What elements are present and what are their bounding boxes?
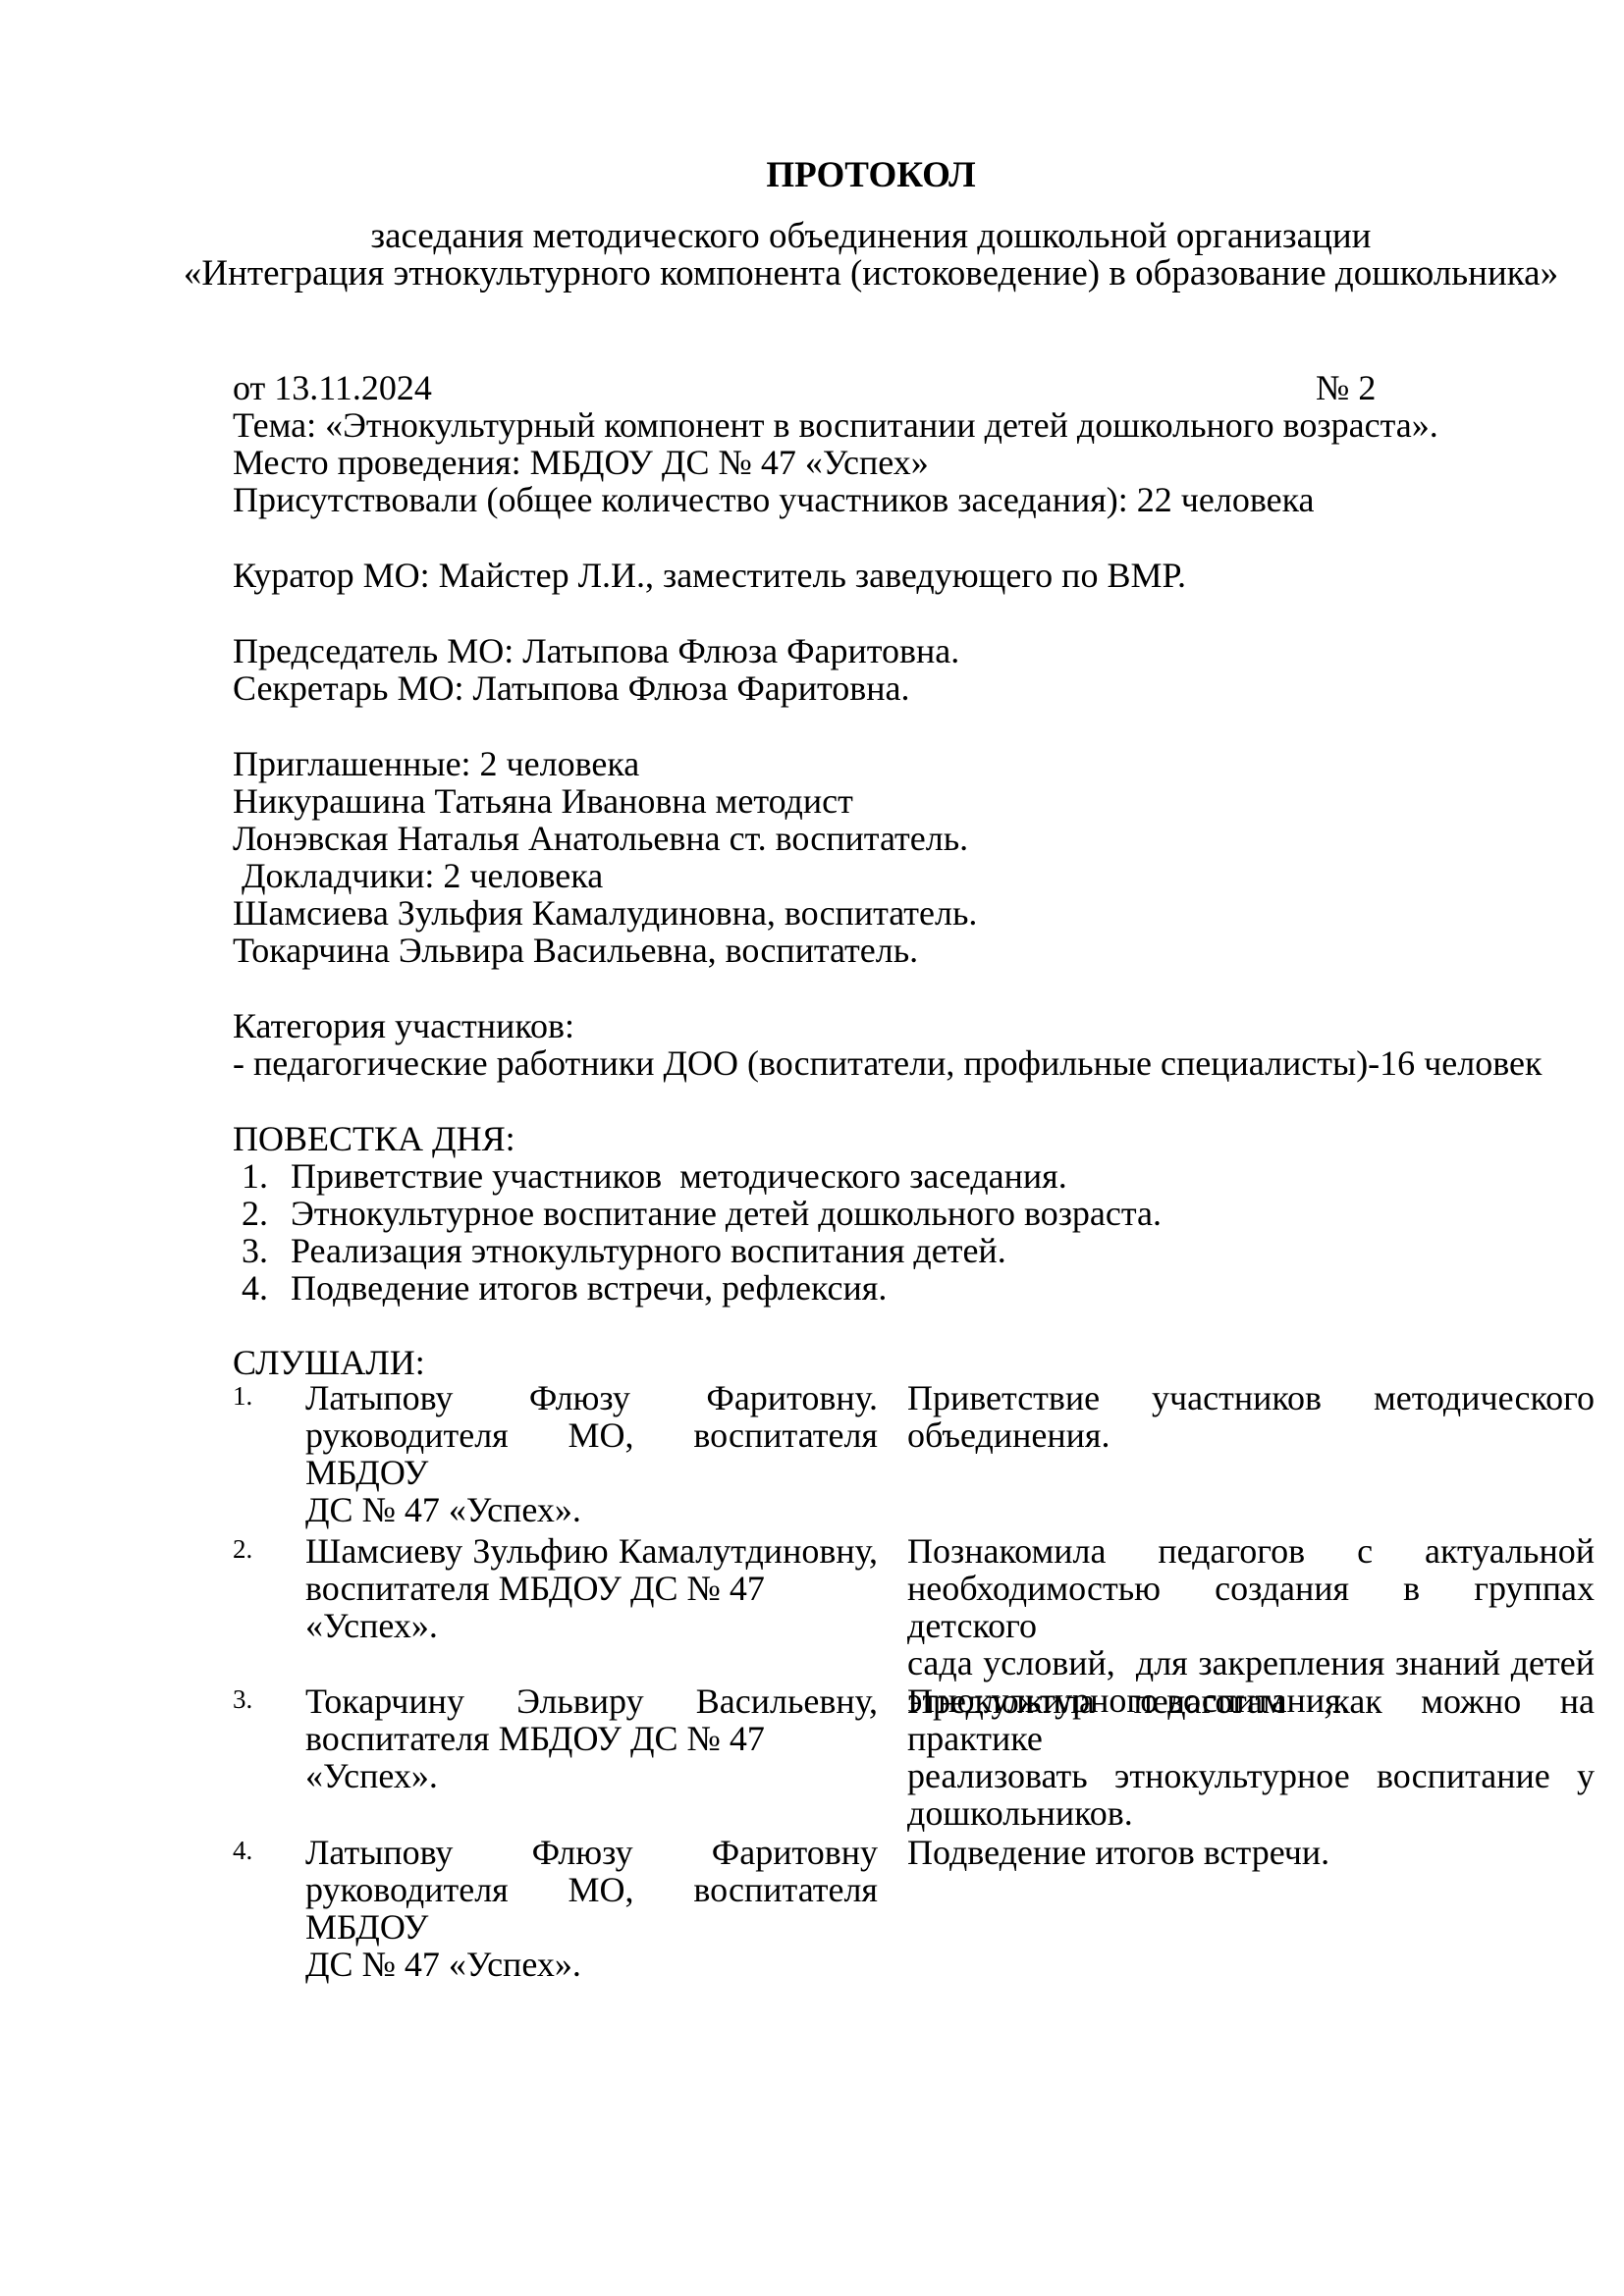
- content-line: дошкольников.: [907, 1794, 1595, 1832]
- invited-person: Лонэвская Наталья Анатольевна ст. воспит…: [233, 821, 968, 857]
- heard-item-content: Предложила педагогам ,как можно на практ…: [907, 1682, 1595, 1832]
- speaker-line: руководителя МО, воспитателя МБДОУ: [305, 1416, 878, 1491]
- invited-person: Никурашина Татьяна Ивановна методист: [233, 783, 853, 820]
- chairman: Председатель МО: Латыпова Флюза Фаритовн…: [233, 633, 959, 669]
- heard-item-speaker: Шамсиеву Зульфию Камалутдиновну, воспита…: [305, 1532, 878, 1644]
- content-line: Предложила педагогам ,как можно на практ…: [907, 1682, 1595, 1757]
- speaker-person: Шамсиева Зульфия Камалудиновна, воспитат…: [233, 895, 977, 932]
- speaker-line: Латыпову Флюзу Фаритовну: [305, 1834, 878, 1871]
- agenda-item-text: Этнокультурное воспитание детей дошкольн…: [291, 1196, 1162, 1232]
- content-line: Подведение итогов встречи.: [907, 1834, 1595, 1871]
- meeting-attendance: Присутствовали (общее количество участни…: [233, 482, 1315, 518]
- agenda-header: ПОВЕСТКА ДНЯ:: [233, 1121, 515, 1157]
- heard-item-number: 1.: [233, 1381, 252, 1411]
- heard-item-content: Приветствие участников методического объ…: [907, 1379, 1595, 1454]
- speaker-line: ДС № 47 «Успех».: [305, 1946, 878, 1983]
- protocol-date: от 13.11.2024: [233, 370, 432, 406]
- heard-item-content: Подведение итогов встречи.: [907, 1834, 1595, 1871]
- content-line: необходимостью создания в группах детско…: [907, 1570, 1595, 1644]
- speaker-line: воспитателя МБДОУ ДС № 47 «Успех».: [305, 1570, 878, 1644]
- speaker-line: Шамсиеву Зульфию Камалутдиновну,: [305, 1532, 878, 1570]
- curator: Куратор МО: Майстер Л.И., заместитель за…: [233, 558, 1186, 594]
- secretary: Секретарь МО: Латыпова Флюза Фаритовна.: [233, 670, 910, 707]
- agenda-item-text: Подведение итогов встречи, рефлексия.: [291, 1270, 887, 1307]
- content-line: Приветствие участников методического: [907, 1379, 1595, 1416]
- category-header: Категория участников:: [233, 1008, 574, 1044]
- speaker-line: ДС № 47 «Успех».: [305, 1491, 878, 1528]
- speaker-line: руководителя МО, воспитателя МБДОУ: [305, 1871, 878, 1946]
- speaker-line: Токарчину Эльвиру Васильевну,: [305, 1682, 878, 1720]
- agenda-item-number: 2.: [242, 1196, 268, 1232]
- invited-header: Приглашенные: 2 человека: [233, 746, 639, 782]
- content-line: реализовать этнокультурное воспитание у: [907, 1757, 1595, 1794]
- speaker-person: Токарчина Эльвира Васильевна, воспитател…: [233, 933, 918, 969]
- heard-item-speaker: Латыпову Флюзу Фаритовну. руководителя М…: [305, 1379, 878, 1528]
- speaker-line: воспитателя МБДОУ ДС № 47 «Успех».: [305, 1720, 878, 1794]
- heard-item-number: 4.: [233, 1836, 252, 1865]
- document-page: ПРОТОКОЛ заседания методического объедин…: [0, 0, 1624, 2296]
- document-subtitle-line2: «Интеграция этнокультурного компонента (…: [0, 255, 1624, 292]
- protocol-number: № 2: [1316, 370, 1376, 406]
- content-line: объединения.: [907, 1416, 1595, 1454]
- content-line: сада условий, для закрепления знаний дет…: [907, 1644, 1595, 1682]
- heard-header: СЛУШАЛИ:: [233, 1345, 425, 1381]
- meeting-topic: Тема: «Этнокультурный компонент в воспит…: [233, 407, 1438, 444]
- agenda-item-number: 3.: [242, 1233, 268, 1269]
- heard-item-speaker: Токарчину Эльвиру Васильевну, воспитател…: [305, 1682, 878, 1794]
- document-subtitle-line1: заседания методического объединения дошк…: [0, 218, 1624, 254]
- agenda-item-text: Приветствие участников методического зас…: [291, 1158, 1067, 1195]
- content-line: Познакомила педагогов с актуальной: [907, 1532, 1595, 1570]
- heard-item-number: 2.: [233, 1534, 252, 1564]
- agenda-item-text: Реализация этнокультурного воспитания де…: [291, 1233, 1006, 1269]
- document-title: ПРОТОКОЛ: [0, 157, 1624, 193]
- heard-item-number: 3.: [233, 1684, 252, 1714]
- agenda-item-number: 1.: [242, 1158, 268, 1195]
- meeting-venue: Место проведения: МБДОУ ДС № 47 «Успех»: [233, 445, 929, 481]
- agenda-item-number: 4.: [242, 1270, 268, 1307]
- speakers-header: Докладчики: 2 человека: [233, 858, 603, 894]
- category-item: - педагогические работники ДОО (воспитат…: [233, 1045, 1542, 1082]
- speaker-line: Латыпову Флюзу Фаритовну.: [305, 1379, 878, 1416]
- heard-item-speaker: Латыпову Флюзу Фаритовну руководителя МО…: [305, 1834, 878, 1983]
